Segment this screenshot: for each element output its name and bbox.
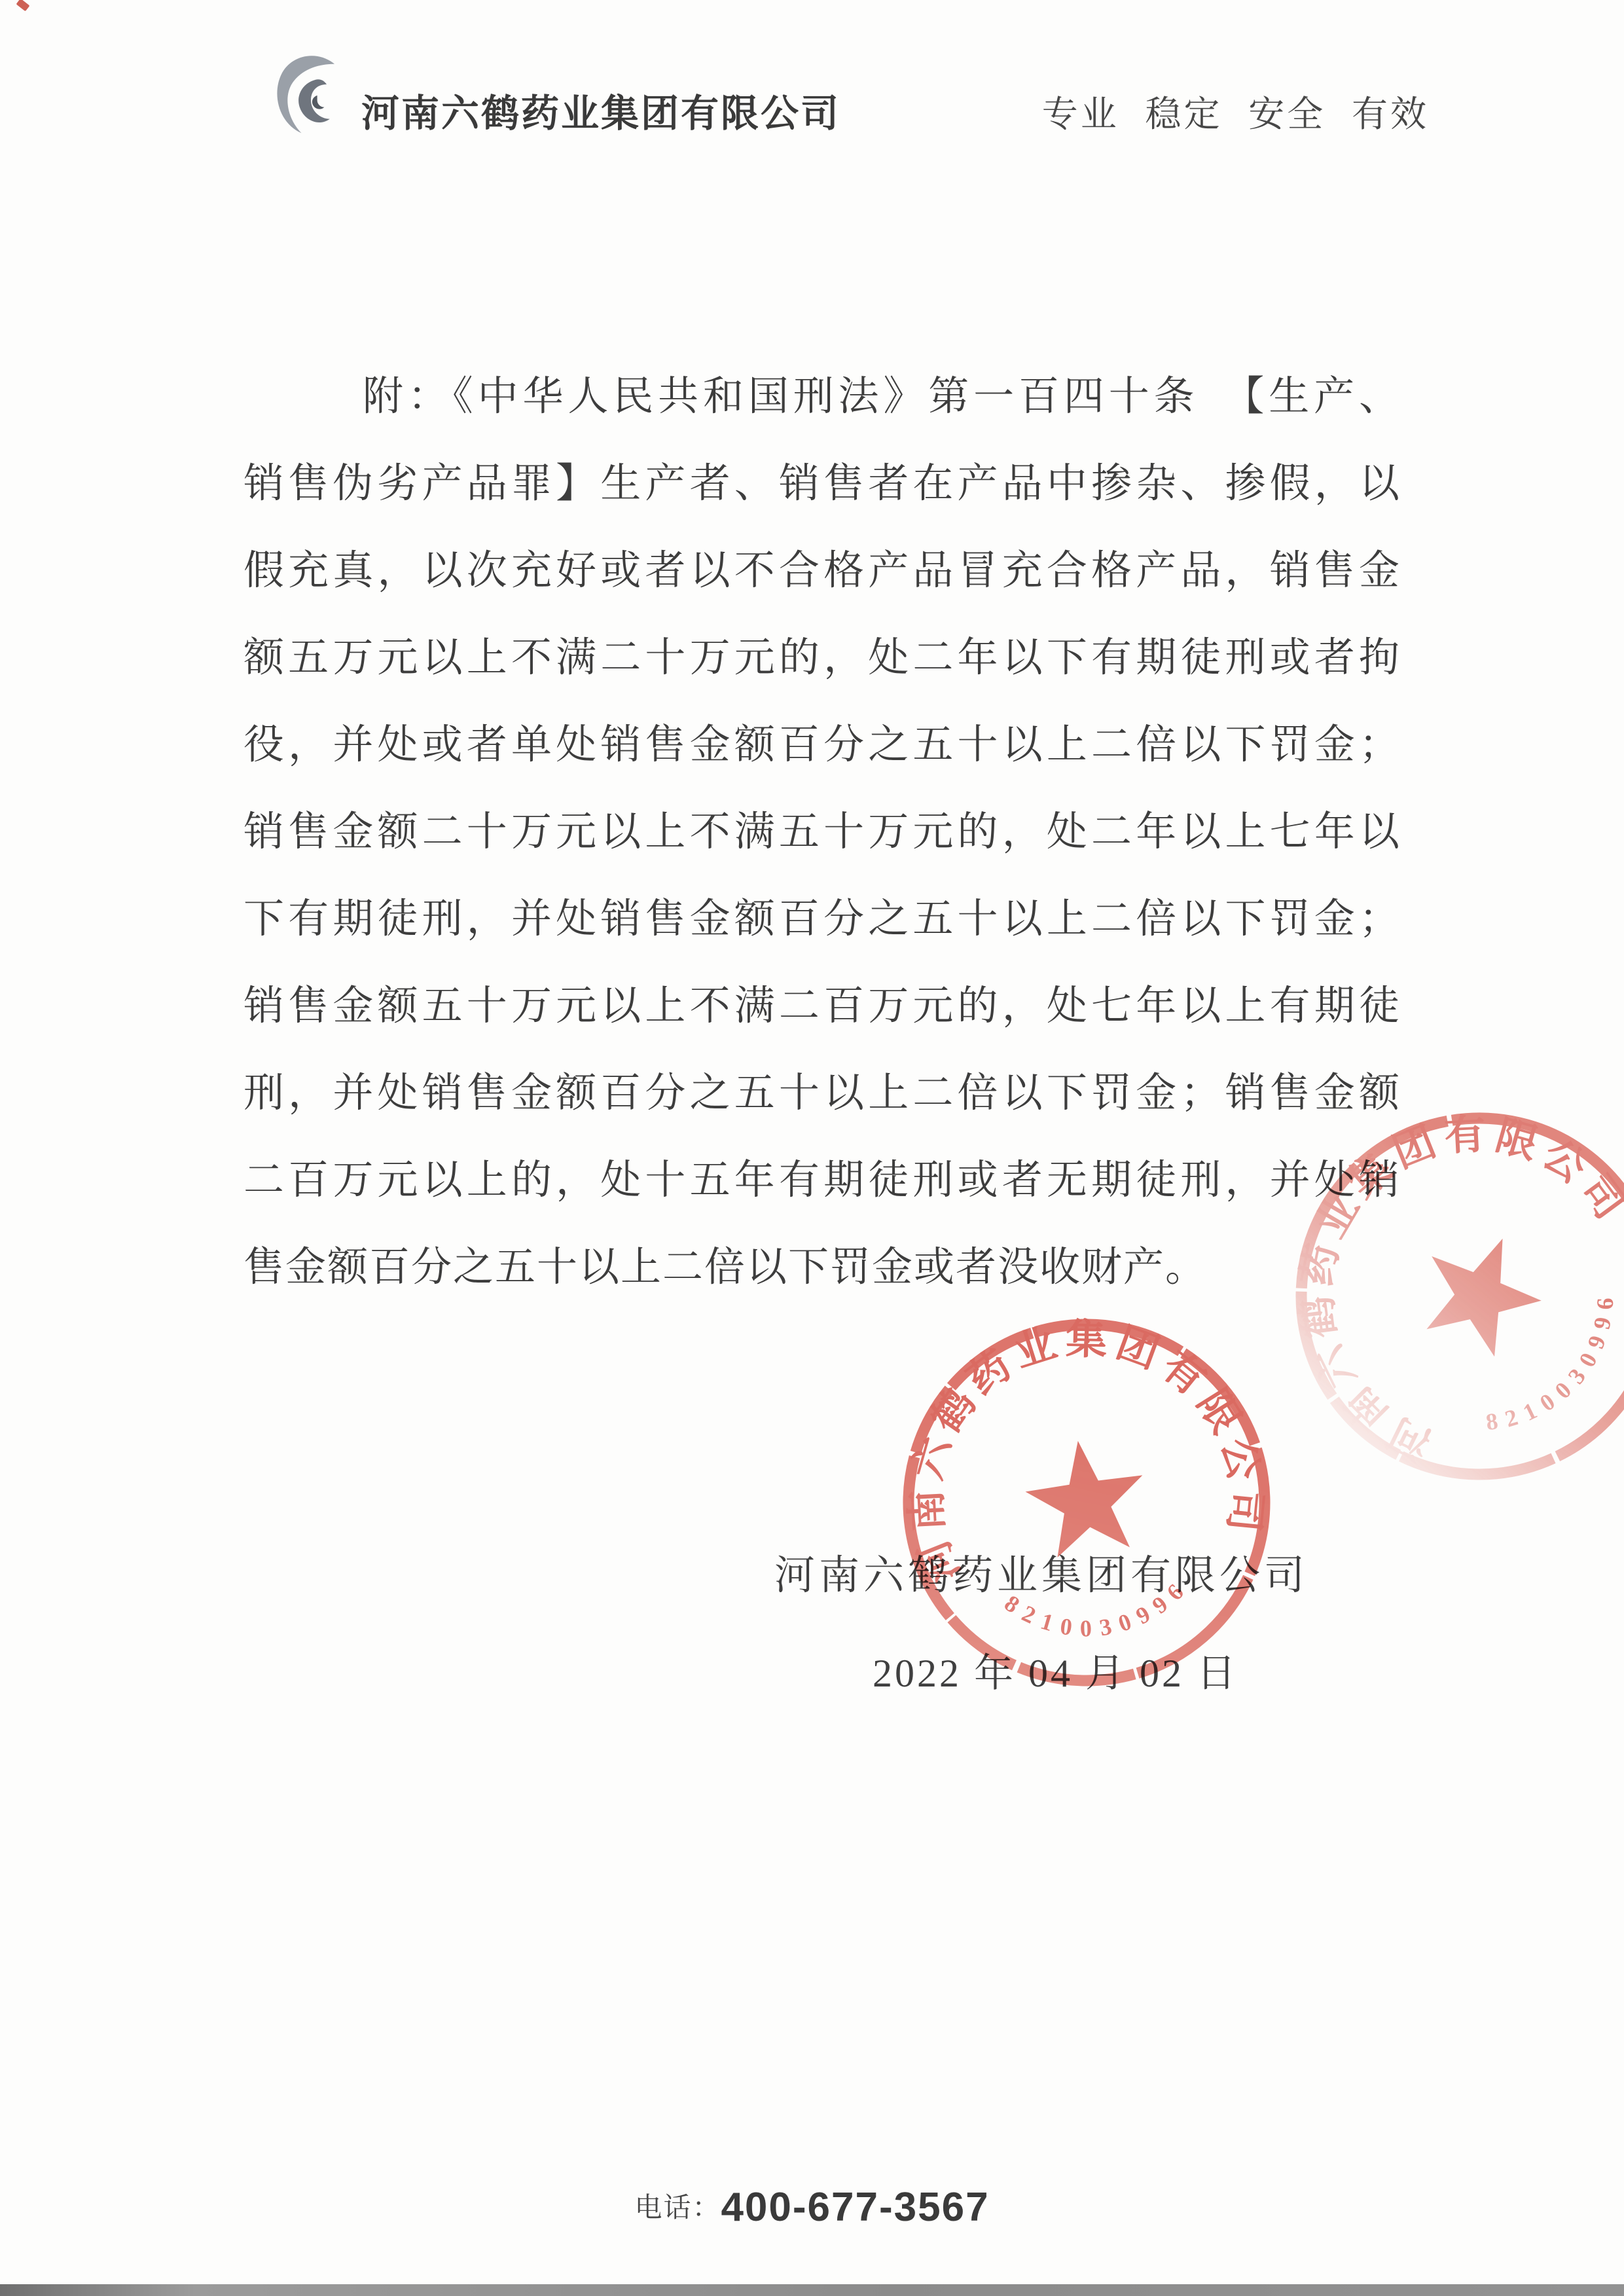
- phone-label: 电话：: [634, 2193, 721, 2223]
- body-line: 刑，并处销售金额百分之五十以上二倍以下罚金；销售金额: [244, 1050, 1399, 1137]
- star-icon: [1019, 1432, 1152, 1560]
- header-slogan: 专业 稳定 安全 有效: [1042, 85, 1429, 137]
- scan-artifact: [16, 0, 30, 11]
- footer: 电话：400-677-3567: [0, 2184, 1624, 2231]
- body-line: 假充真，以次充好或者以不合格产品冒充合格产品，销售金: [244, 528, 1399, 615]
- seal-serial-number: 8210030996: [997, 1565, 1200, 1654]
- bottom-scan-edge-bar: [0, 2284, 1624, 2296]
- body-line: 附：《中华人民共和国刑法》第一百四十条 【生产、: [244, 354, 1399, 441]
- body-line: 役，并处或者单处销售金额百分之五十以上二倍以下罚金；: [244, 702, 1399, 789]
- body-line: 销售金额二十万元以上不满五十万元的，处二年以上七年以: [244, 789, 1399, 876]
- logo-dot: [312, 96, 324, 109]
- star-icon: [1394, 1211, 1556, 1374]
- legal-paragraph: 附：《中华人民共和国刑法》第一百四十条 【生产、 销售伪劣产品罪】生产者、销售者…: [244, 354, 1399, 1311]
- phone-number: 400-677-3567: [721, 2185, 989, 2230]
- company-logo-icon: [272, 51, 350, 146]
- body-line: 额五万元以上不满二十万元的，处二年以下有期徒刑或者拘: [244, 615, 1399, 702]
- body-line: 二百万元以上的，处十五年有期徒刑或者无期徒刑，并处销: [244, 1137, 1399, 1224]
- body-line: 下有期徒刑，并处销售金额百分之五十以上二倍以下罚金；: [244, 876, 1399, 963]
- scanned-document-page: 河南六鹤药业集团有限公司 专业 稳定 安全 有效 附：《中华人民共和国刑法》第一…: [0, 0, 1624, 2296]
- body-line: 销售伪劣产品罪】生产者、销售者在产品中掺杂、掺假，以: [244, 441, 1399, 528]
- header-company-name: 河南六鹤药业集团有限公司: [361, 82, 840, 137]
- body-line: 销售金额五十万元以上不满二百万元的，处七年以上有期徒: [244, 963, 1399, 1050]
